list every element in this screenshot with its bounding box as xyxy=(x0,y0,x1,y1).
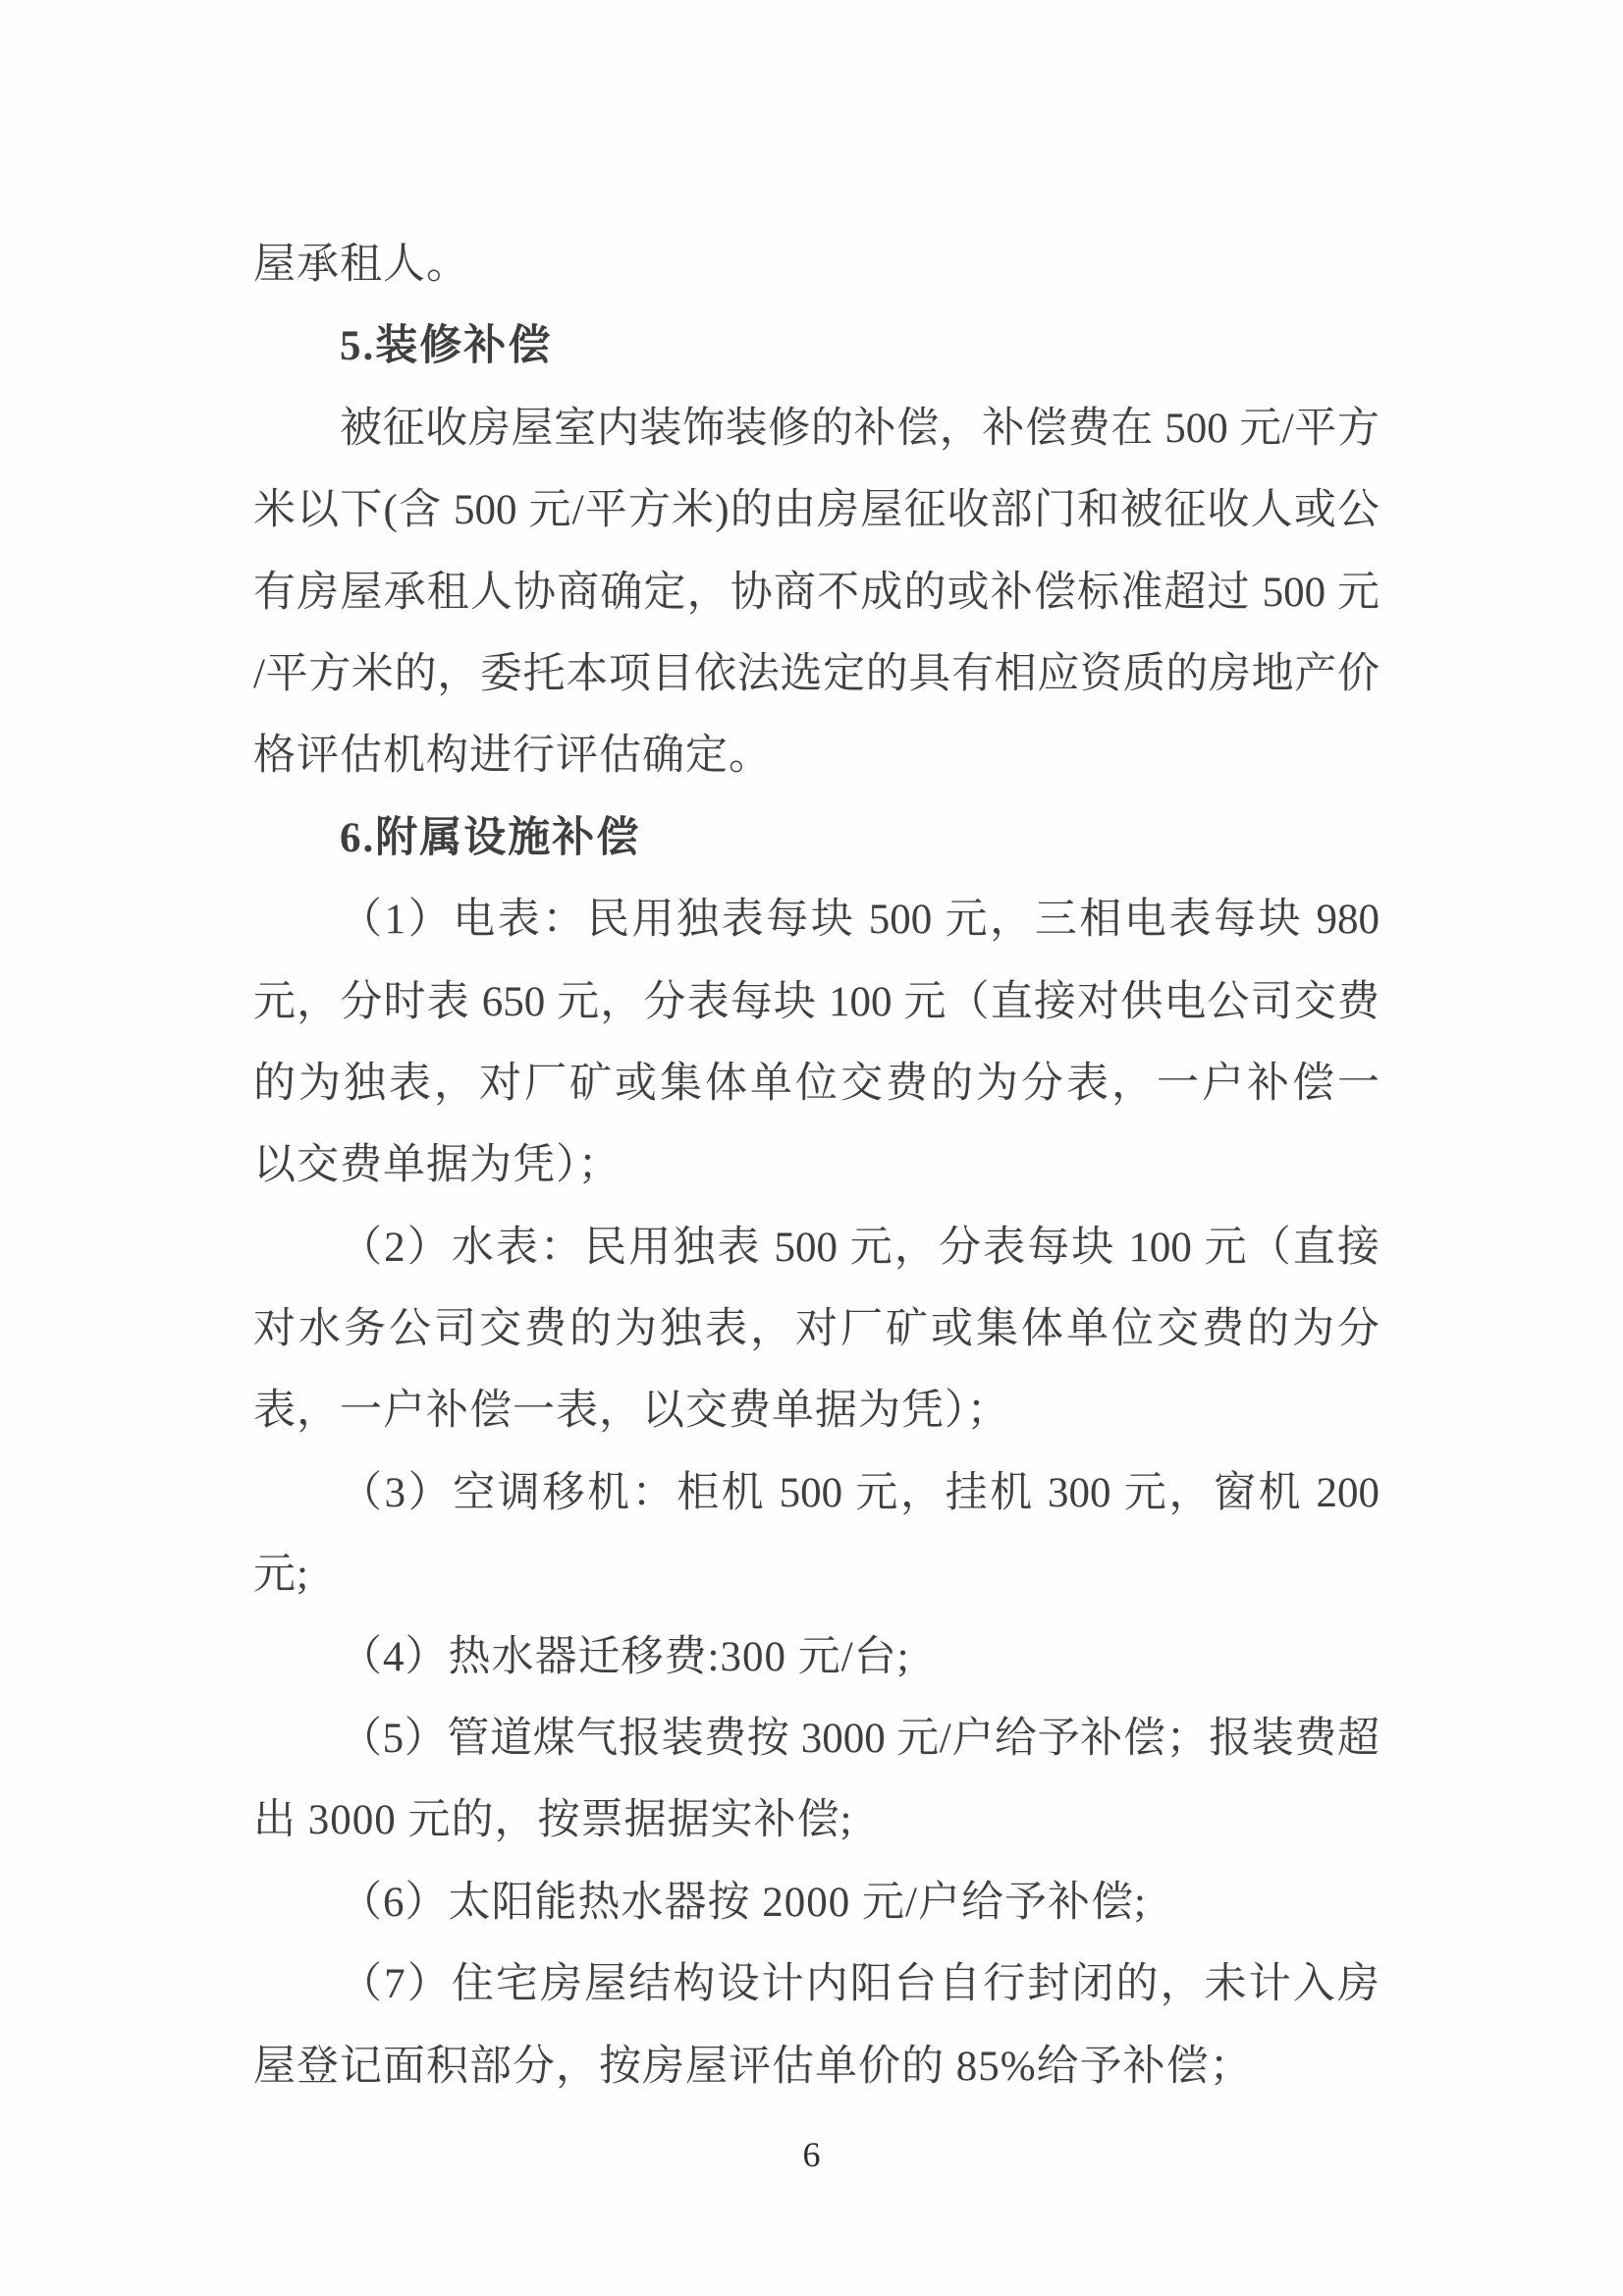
text-line: 米以下(含 500 元/平方米)的由房屋征收部门和被征收人或公 xyxy=(253,469,1380,551)
text-line: （6）太阳能热水器按 2000 元/户给予补偿; xyxy=(253,1862,1380,1943)
text-line: 的为独表，对厂矿或集体单位交费的为分表，一户补偿一表， xyxy=(253,1043,1380,1124)
text-line: /平方米的，委托本项目依法选定的具有相应资质的房地产价 xyxy=(253,633,1380,715)
text-line: 格评估机构进行评估确定。 xyxy=(253,715,1380,796)
text-line: 对水务公司交费的为独表，对厂矿或集体单位交费的为分 xyxy=(253,1288,1380,1370)
page-number: 6 xyxy=(0,2133,1623,2176)
text-line: 被征收房屋室内装饰装修的补偿，补偿费在 500 元/平方 xyxy=(253,388,1380,469)
text-line: （4）热水器迁移费:300 元/台; xyxy=(253,1616,1380,1698)
text-line: 元，分时表 650 元，分表每块 100 元（直接对供电公司交费 xyxy=(253,961,1380,1043)
document-page: 屋承租人。5.装修补偿被征收房屋室内装饰装修的补偿，补偿费在 500 元/平方米… xyxy=(0,0,1623,2296)
text-line: 表，一户补偿一表，以交费单据为凭）； xyxy=(253,1370,1380,1451)
text-line: （5）管道煤气报装费按 3000 元/户给予补偿；报装费超 xyxy=(253,1698,1380,1779)
document-body: 屋承租人。5.装修补偿被征收房屋室内装饰装修的补偿，补偿费在 500 元/平方米… xyxy=(253,224,1380,2107)
text-line: 屋承租人。 xyxy=(253,224,1380,305)
section-heading: 5.装修补偿 xyxy=(253,305,1380,387)
text-line: 屋登记面积部分，按房屋评估单价的 85%给予补偿； xyxy=(253,2026,1380,2107)
text-line: 以交费单据为凭）； xyxy=(253,1124,1380,1206)
text-line: 元; xyxy=(253,1534,1380,1615)
text-line: （1）电表：民用独表每块 500 元，三相电表每块 980 xyxy=(253,879,1380,960)
section-heading: 6.附属设施补偿 xyxy=(253,797,1380,879)
text-line: （2）水表：民用独表 500 元，分表每块 100 元（直接 xyxy=(253,1207,1380,1288)
text-line: （7）住宅房屋结构设计内阳台自行封闭的，未计入房 xyxy=(253,1943,1380,2025)
text-line: 出 3000 元的，按票据据实补偿; xyxy=(253,1779,1380,1861)
text-line: （3）空调移机：柜机 500 元，挂机 300 元，窗机 200 xyxy=(253,1452,1380,1534)
text-line: 有房屋承租人协商确定，协商不成的或补偿标准超过 500 元 xyxy=(253,552,1380,633)
